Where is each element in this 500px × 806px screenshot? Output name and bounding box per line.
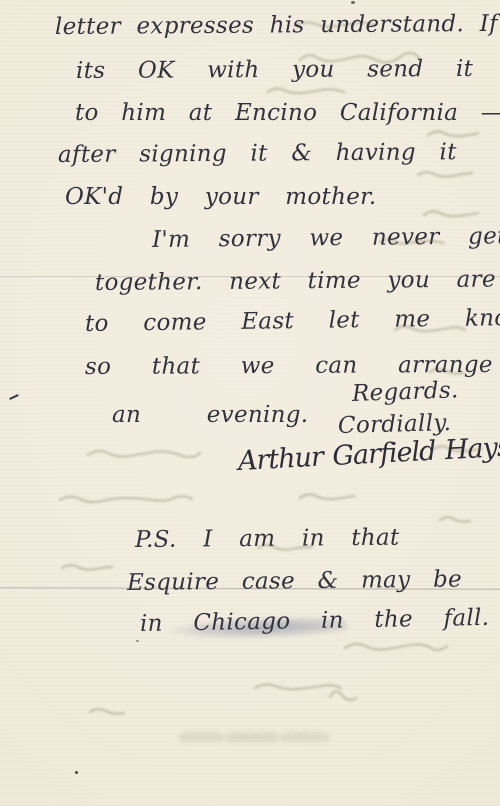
handwritten-line-6: I'm sorry we never get xyxy=(152,223,500,253)
stray-pen-mark xyxy=(9,394,19,400)
closing-regards: Regards. xyxy=(352,377,459,407)
handwritten-line-10: an evening. xyxy=(112,402,308,428)
postscript-line-2: Esquire case & may be xyxy=(127,566,462,596)
postscript-line-3: in Chicago in the fall. xyxy=(140,605,490,637)
handwritten-line-2: its OK with you send it xyxy=(76,56,473,84)
handwritten-line-1: letter expresses his understand. If xyxy=(55,11,498,40)
ink-speck xyxy=(75,771,78,774)
ink-speck xyxy=(351,1,355,4)
signature: Arthur Garfield Hays xyxy=(237,432,500,477)
handwritten-line-4: after signing it & having it xyxy=(58,139,457,168)
handwritten-line-9: so that we can arrange xyxy=(85,352,493,380)
handwritten-line-8: to come East let me know xyxy=(85,305,500,337)
postscript-line-1: P.S. I am in that xyxy=(135,525,400,553)
handwritten-line-7: together. next time you are xyxy=(95,267,496,296)
ink-speck xyxy=(136,640,139,642)
handwritten-line-3: to him at Encino California — xyxy=(75,100,500,126)
handwritten-line-5: OK'd by your mother. xyxy=(65,184,377,210)
letter-page: letter expresses his understand. If its … xyxy=(0,0,500,806)
